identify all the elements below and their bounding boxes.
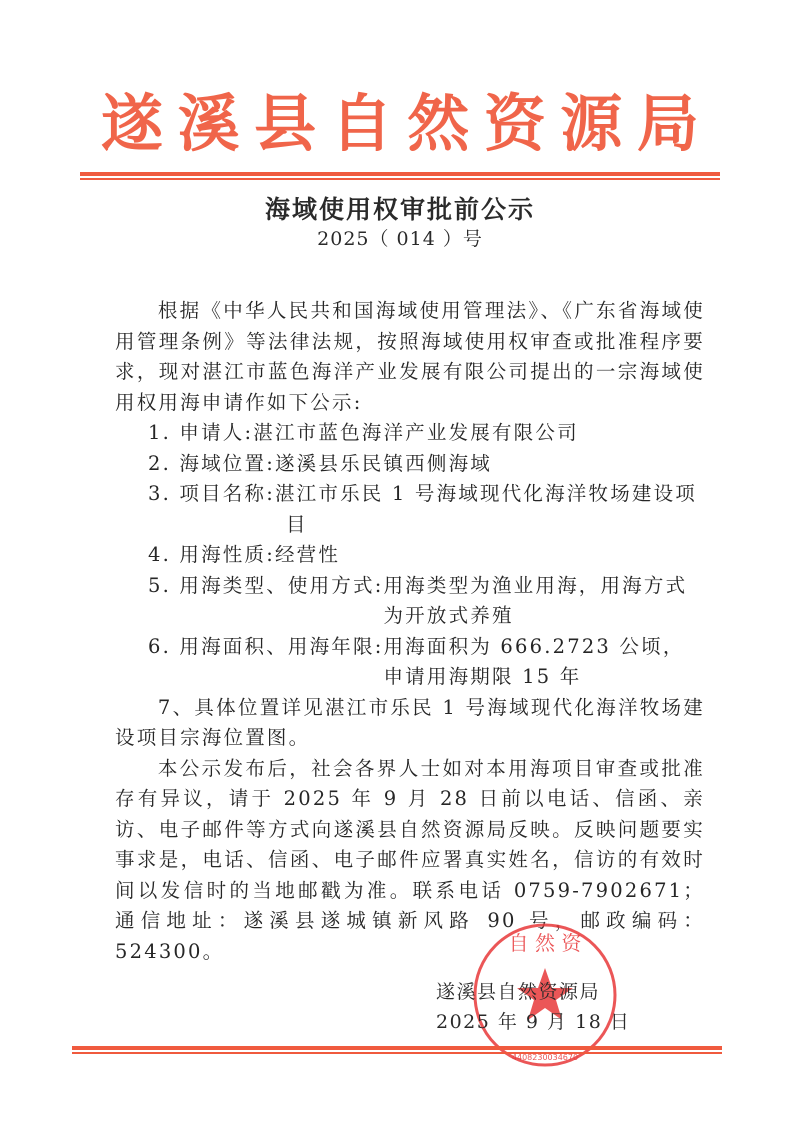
intro-paragraph: 根据《中华人民共和国海域使用管理法》、《广东省海域使用管理条例》等法律法规，按照… (115, 296, 705, 418)
signature-block: 遂溪县自然资源局 2025 年 9 月 18 日 (436, 977, 630, 1037)
item-value: 经营性 (275, 543, 340, 566)
list-item-applicant: 1. 申请人:湛江市蓝色海洋产业发展有限公司 (115, 418, 705, 449)
masthead-char: 然 (402, 86, 474, 162)
list-item-type-method: 5. 用海类型、使用方式: 用海类型为渔业用海，用海方式为开放式养殖 (115, 571, 705, 632)
masthead-char: 遂 (96, 86, 168, 162)
footer-divider (72, 1046, 722, 1054)
item-7-paragraph: 7、具体位置详见湛江市乐民 1 号海域现代化海洋牧场建设项目宗海位置图。 (115, 693, 705, 754)
masthead-char: 资 (479, 86, 551, 162)
item-key: 4. 用海性质: (148, 543, 275, 566)
masthead-char: 溪 (173, 86, 245, 162)
masthead-char: 自 (326, 86, 398, 162)
item-key: 1. 申请人: (148, 421, 253, 444)
item-key: 2. 海域位置: (148, 452, 275, 475)
objection-paragraph: 本公示发布后，社会各界人士如对本用海项目审查或批准存有异议，请于 2025 年 … (115, 754, 705, 968)
item-value: 遂溪县乐民镇西侧海域 (275, 452, 492, 475)
signature-date: 2025 年 9 月 18 日 (436, 1007, 630, 1037)
item-value: 用海类型为渔业用海，用海方式为开放式养殖 (383, 571, 705, 632)
header-divider (80, 172, 720, 180)
signature-org: 遂溪县自然资源局 (436, 977, 630, 1007)
item-key: 3. 项目名称: (148, 482, 275, 505)
list-item-location: 2. 海域位置:遂溪县乐民镇西侧海域 (115, 449, 705, 480)
item-key: 6. 用海面积、用海年限: (148, 632, 383, 693)
list-item-area-term: 6. 用海面积、用海年限: 用海面积为 666.2723 公顷，申请用海期限 1… (115, 632, 705, 693)
document-body: 根据《中华人民共和国海域使用管理法》、《广东省海域使用管理条例》等法律法规，按照… (115, 296, 705, 967)
list-item-nature: 4. 用海性质:经营性 (115, 540, 705, 571)
item-value-continued: 目 (148, 510, 705, 541)
masthead-char: 局 (632, 86, 704, 162)
item-key: 5. 用海类型、使用方式: (148, 571, 383, 632)
masthead-org-name: 遂 溪 县 自 然 资 源 局 (96, 86, 704, 162)
item-value: 湛江市蓝色海洋产业发展有限公司 (253, 421, 579, 444)
item-value: 用海面积为 666.2723 公顷，申请用海期限 15 年 (383, 632, 705, 693)
list-item-project-name: 3. 项目名称:湛江市乐民 1 号海域现代化海洋牧场建设项目 (115, 479, 705, 540)
document-number: 2025（ 014 ）号 (0, 226, 800, 252)
masthead-char: 县 (249, 86, 321, 162)
document-title: 海域使用权审批前公示 (0, 194, 800, 226)
masthead-char: 源 (555, 86, 627, 162)
svg-text:4408230034670: 4408230034670 (512, 1053, 578, 1062)
item-value: 湛江市乐民 1 号海域现代化海洋牧场建设项 (275, 482, 697, 505)
